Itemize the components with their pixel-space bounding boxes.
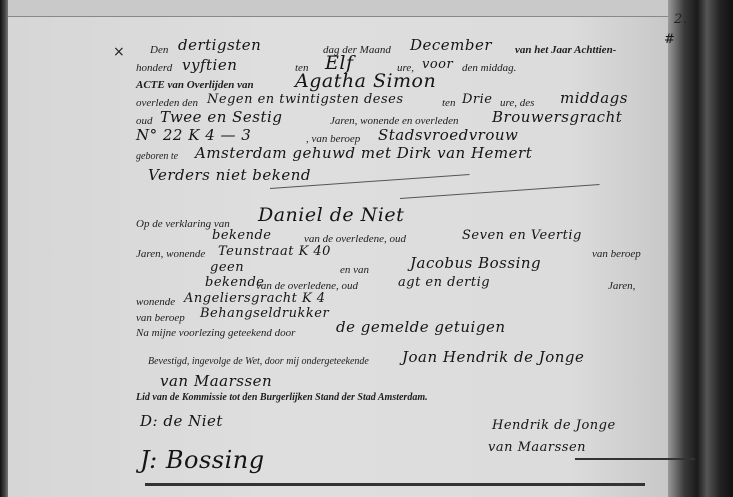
hand-official-name: Joan Hendrik de Jonge — [402, 348, 584, 366]
print-jaren-3: Jaren, — [608, 280, 635, 292]
print-honderd: honderd — [136, 62, 172, 74]
hand-death-hour: Drie — [462, 92, 493, 107]
hand-witness2-age: agt en dertig — [398, 275, 490, 290]
hand-year: vyftien — [182, 56, 237, 74]
margin-x-mark: × — [113, 44, 125, 60]
signature-flourish — [575, 458, 695, 460]
hand-street: Brouwersgracht — [492, 108, 622, 126]
hand-signed-by: de gemelde getuigen — [336, 318, 505, 336]
print-wonende: wonende — [136, 296, 175, 308]
print-ten-2: ten — [442, 97, 455, 109]
section-divider-line — [145, 483, 645, 486]
print-den: Den — [150, 44, 168, 56]
book-binding — [668, 0, 733, 497]
hand-deceased-name: Agatha Simon — [295, 70, 436, 92]
page-number: 2. — [674, 12, 687, 27]
print-en-van: en van — [340, 264, 369, 276]
print-van-het-jaar: van het Jaar Achttien- — [515, 44, 616, 56]
hand-witness2-occupation: Behangseldrukker — [200, 306, 329, 321]
signature-official-2: van Maarssen — [488, 440, 586, 455]
print-na-mijne-voorlezing: Na mijne voorlezing geteekend door — [136, 327, 295, 339]
hand-witness1-occupation: geen — [210, 260, 244, 275]
hand-official-name-2: van Maarssen — [160, 372, 272, 390]
hand-occupation: Stadsvroedvrouw — [378, 126, 518, 144]
signature-bossing: J: Bossing — [140, 446, 265, 474]
print-van-beroep-3: van beroep — [136, 312, 185, 324]
print-acte: ACTE van Overlijden van — [136, 79, 254, 91]
book-left-edge — [0, 0, 8, 497]
hand-witness1-name: Daniel de Niet — [258, 204, 404, 226]
hand-witness2-name: Jacobus Bossing — [410, 254, 541, 272]
hand-witness1-address: Teunstraat K 40 — [218, 244, 331, 259]
hand-death-date: Negen en twintigsten deses — [207, 92, 404, 107]
page-top-strip — [8, 0, 668, 17]
hand-address: N° 22 K 4 — 3 — [136, 126, 251, 144]
hand-day: dertigsten — [178, 36, 261, 54]
print-bevestigd: Bevestigd, ingevolge de Wet, door mij on… — [148, 356, 369, 367]
hand-witness1-age: Seven en Veertig — [462, 228, 582, 243]
print-middag: den middag. — [462, 62, 516, 74]
signature-de-niet: D: de Niet — [140, 412, 223, 430]
hand-month: December — [410, 36, 492, 54]
print-lid-van-de-kommissie: Lid van de Kommissie tot den Burgerlijke… — [136, 392, 428, 403]
hand-witness2-address: Angeliersgracht K 4 — [184, 291, 326, 306]
hand-death-ampm: middags — [560, 89, 628, 107]
hand-witness1-relation: bekende — [212, 228, 271, 243]
print-geboren-te: geboren te — [136, 151, 178, 162]
hand-further-note: Verders niet bekend — [148, 166, 311, 184]
hand-birthplace-spouse: Amsterdam gehuwd met Dirk van Hemert — [195, 144, 532, 162]
print-jaren-wonende-2: Jaren, wonende — [136, 248, 205, 260]
print-van-beroep-2: van beroep — [592, 248, 641, 260]
page-hash-mark: # — [664, 32, 675, 47]
hand-age: Twee en Sestig — [160, 108, 282, 126]
signature-official-1: Hendrik de Jonge — [492, 418, 616, 433]
